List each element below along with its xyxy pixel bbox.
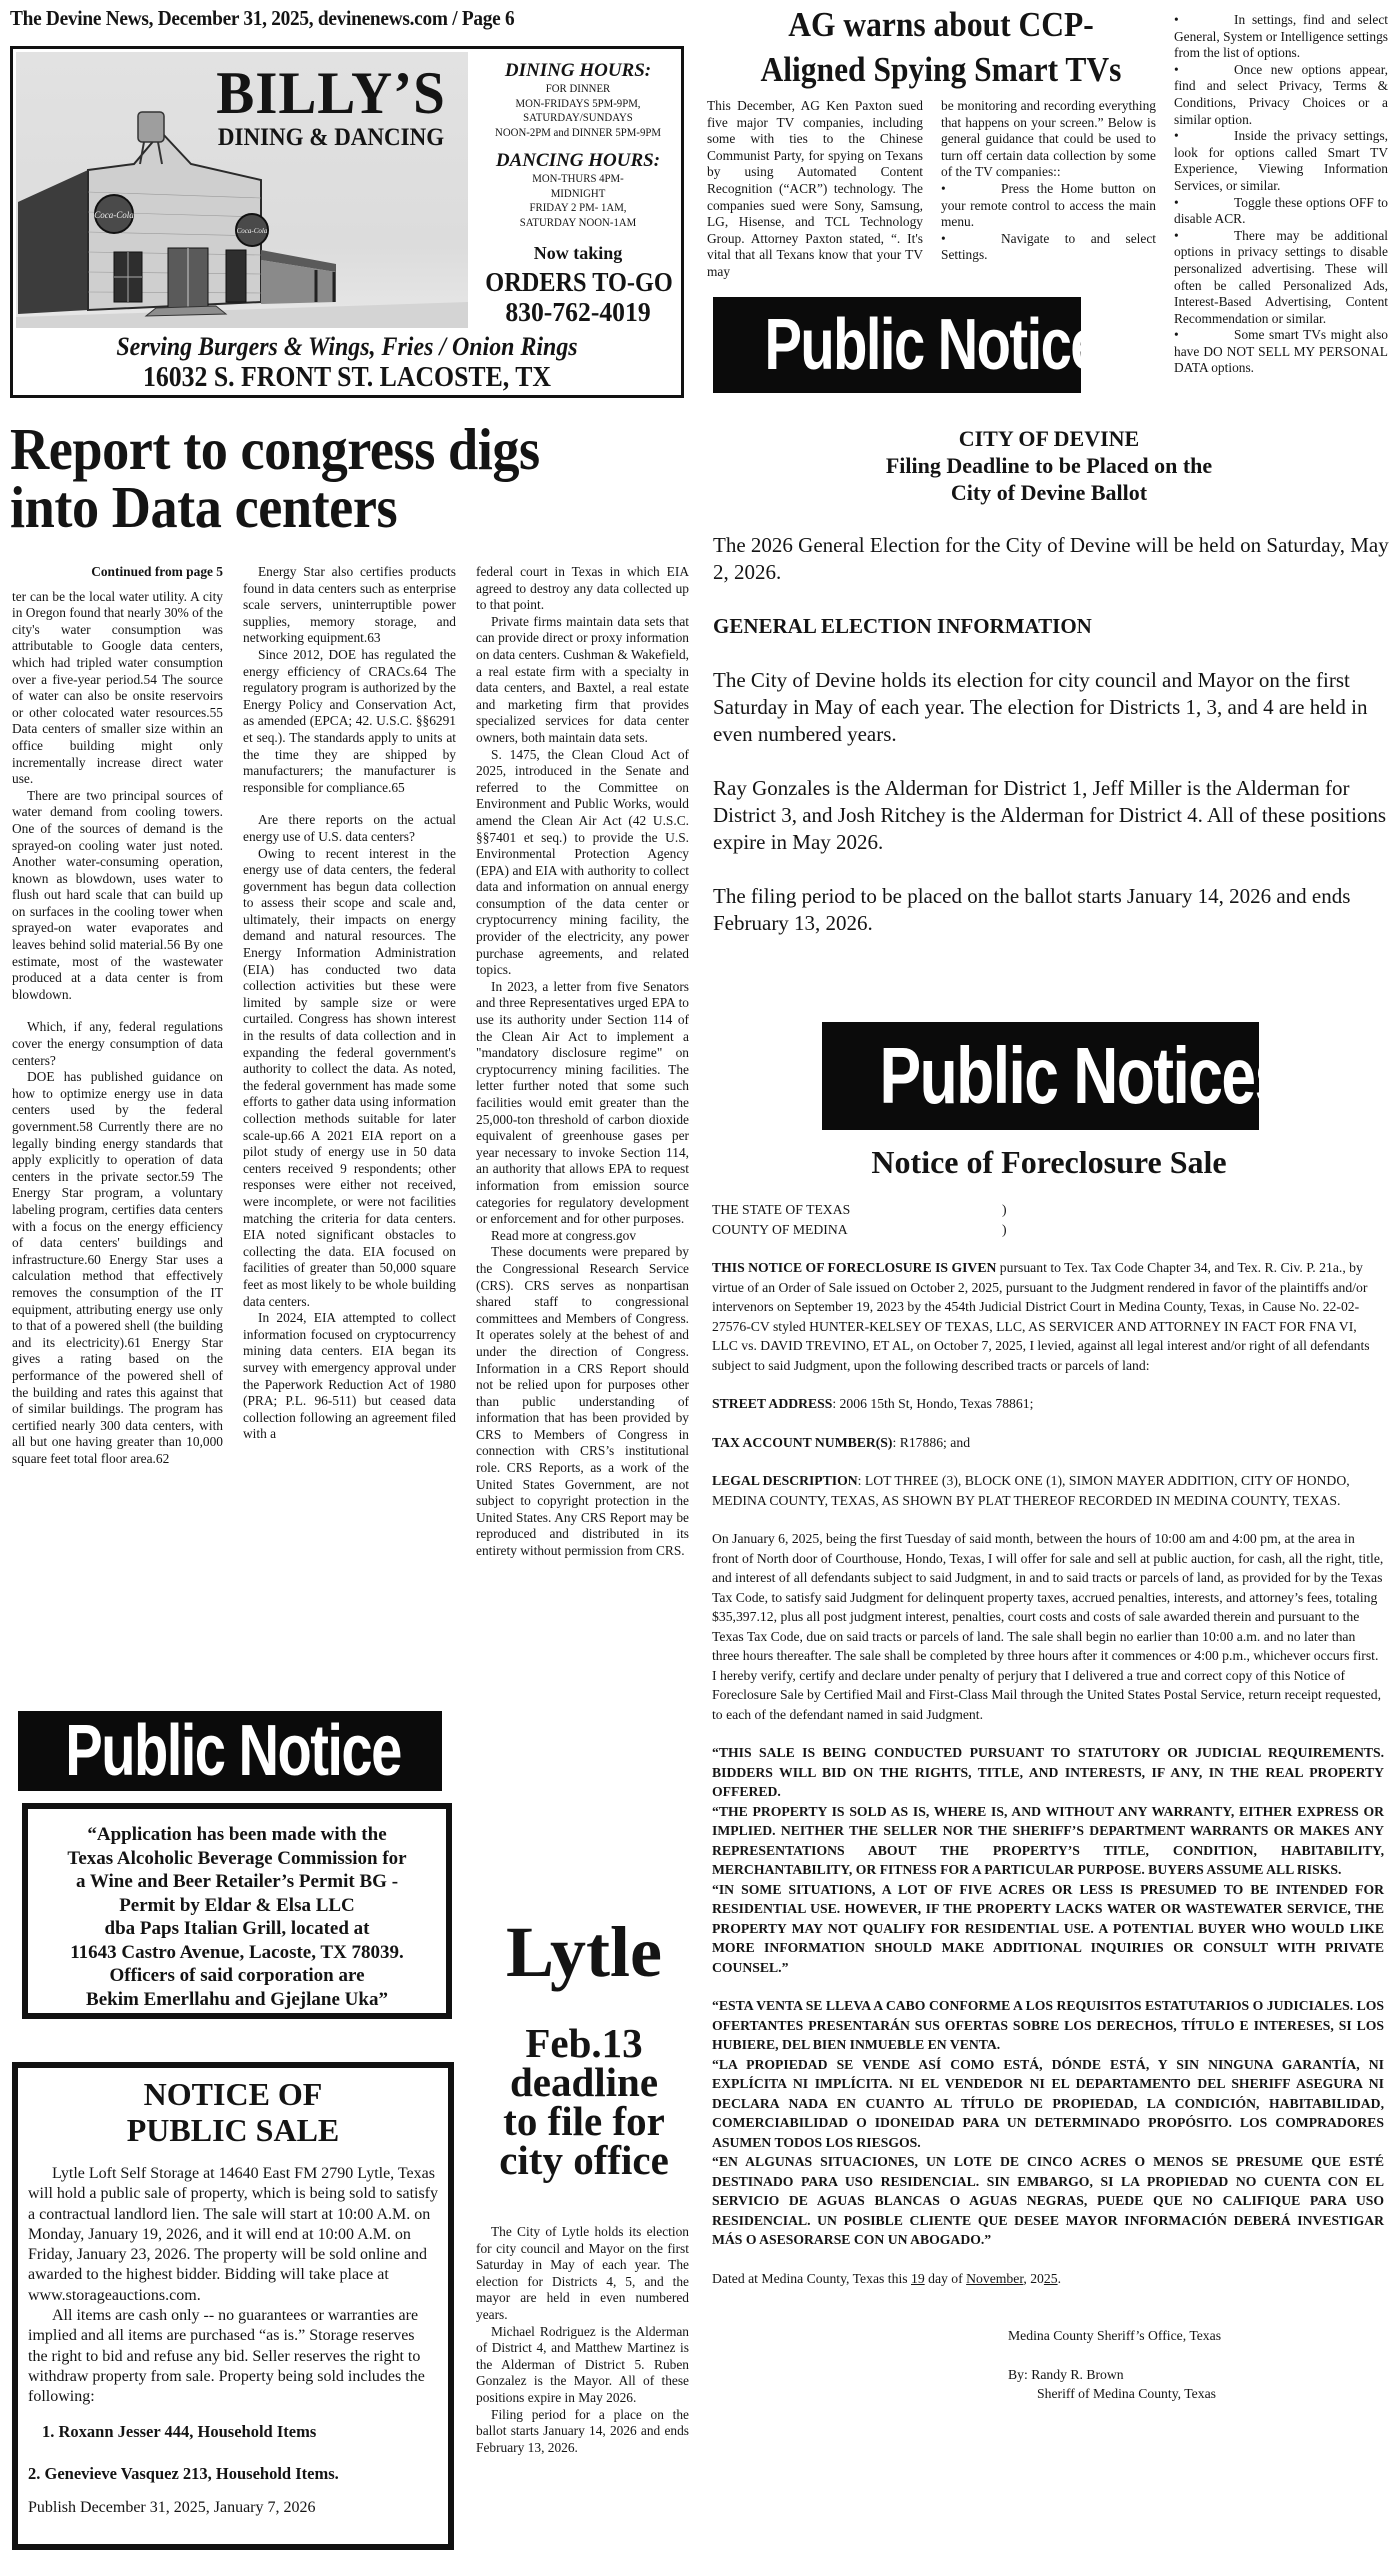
orders-to-go-label: ORDERS TO-GO xyxy=(485,267,670,297)
ag-step: •Inside the privacy settings, look for o… xyxy=(1174,128,1388,194)
state-caption: THE STATE OF TEXAS) xyxy=(712,1200,1384,1220)
ag-headline: AG warns about CCP-Aligned Spying Smart … xyxy=(739,2,1144,92)
dining-hours-line: FOR DINNER xyxy=(485,81,670,96)
data-centers-column-3: federal court in Texas in which EIA agre… xyxy=(476,564,689,1560)
foreclosure-notice: THE STATE OF TEXAS) COUNTY OF MEDINA) TH… xyxy=(712,1200,1384,2404)
ag-step: •Press the Home button on your remote co… xyxy=(941,181,1156,231)
dancing-hours-line: MIDNIGHT xyxy=(485,186,670,201)
data-centers-column-1: Continued from page 5 ter can be the loc… xyxy=(12,564,223,1467)
dated-line: Dated at Medina County, Texas this 19 da… xyxy=(712,2269,1384,2289)
public-notices-banner-top: Public Notices xyxy=(713,297,1081,393)
data-centers-headline: Report to congress digs into Data center… xyxy=(10,420,636,536)
publish-dates: Publish December 31, 2025, January 7, 20… xyxy=(28,2498,438,2518)
svg-text:Coca-Cola: Coca-Cola xyxy=(94,210,134,220)
foreclosure-intro: THIS NOTICE OF FORECLOSURE IS GIVEN purs… xyxy=(712,1258,1384,1375)
sheriff-office: Medina County Sheriff’s Office, Texas xyxy=(712,2326,1384,2346)
devine-notice-body: The 2026 General Election for the City o… xyxy=(713,532,1389,964)
data-centers-column-2: Energy Star also certifies products foun… xyxy=(243,564,456,1443)
lytle-title: Lytle xyxy=(478,1912,690,1992)
subheading-question: Are there reports on the actual energy u… xyxy=(243,812,456,845)
ag-step: •Toggle these options OFF to disable ACR… xyxy=(1174,195,1388,228)
ag-column-1: This December, AG Ken Paxton sued five m… xyxy=(707,98,923,281)
read-more-link[interactable]: Read more at congress.gov xyxy=(476,1228,689,1245)
dancing-hours-line: SATURDAY NOON-1AM xyxy=(485,215,670,230)
county-caption: COUNTY OF MEDINA) xyxy=(712,1220,1384,1240)
subheading-question: Which, if any, federal regulations cover… xyxy=(12,1019,223,1069)
now-taking-label: Now taking xyxy=(475,243,681,263)
menu-tagline: Serving Burgers & Wings, Fries / Onion R… xyxy=(40,332,655,362)
ag-step: •Navigate to and select Settings. xyxy=(941,231,1156,264)
sale-item: 1. Roxann Jesser 444, Household Items xyxy=(28,2422,438,2442)
billys-advertisement: Coca-Cola Coca-Cola BILLY’S DINING & DAN… xyxy=(10,46,684,398)
street-address: STREET ADDRESS: 2006 15th St, Hondo, Tex… xyxy=(712,1394,1384,1414)
legal-description: LEGAL DESCRIPTION: LOT THREE (3), BLOCK … xyxy=(712,1471,1384,1510)
ag-step: •There may be additional options in priv… xyxy=(1174,228,1388,328)
dining-hours-line: MON-FRIDAYS 5PM-9PM, xyxy=(485,96,670,111)
ag-step: •Once new options appear, find and selec… xyxy=(1174,62,1388,128)
dancing-hours-line: FRIDAY 2 PM- 1AM, xyxy=(485,200,670,215)
public-sale-notice: NOTICE OF PUBLIC SALE Lytle Loft Self St… xyxy=(12,2062,454,2550)
page-folio: The Devine News, December 31, 2025, devi… xyxy=(10,6,514,31)
dining-hours-line: SATURDAY/SUNDAYS xyxy=(485,110,670,125)
public-notice-banner-left: Public Notice xyxy=(18,1711,442,1791)
phone-number: 830-762-4019 xyxy=(480,297,676,327)
ag-step: •In settings, find and select General, S… xyxy=(1174,12,1388,62)
ag-intro: be monitoring and recording everything t… xyxy=(941,98,1156,181)
foreclosure-title: Notice of Foreclosure Sale xyxy=(712,1143,1386,1181)
restaurant-brand: BILLY’S DINING & DANCING xyxy=(201,62,461,152)
tabc-permit-notice: “Application has been made with the Texa… xyxy=(22,1803,452,2019)
continued-from-label: Continued from page 5 xyxy=(12,564,223,581)
hours-panel: DINING HOURS: FOR DINNER MON-FRIDAYS 5PM… xyxy=(475,61,681,327)
svg-text:Coca-Cola: Coca-Cola xyxy=(237,227,268,235)
restaurant-subtitle: DINING & DANCING xyxy=(211,124,450,152)
tax-account: TAX ACCOUNT NUMBER(S): R17886; and xyxy=(712,1433,1384,1453)
ag-step: •Some smart TVs might also have DO NOT S… xyxy=(1174,327,1388,377)
dancing-hours-line: MON-THURS 4PM- xyxy=(485,171,670,186)
restaurant-building-illustration: Coca-Cola Coca-Cola BILLY’S DINING & DAN… xyxy=(16,52,468,328)
sale-details: On January 6, 2025, being the first Tues… xyxy=(712,1529,1384,1724)
restaurant-name: BILLY’S xyxy=(208,62,455,124)
sale-item: 2. Genevieve Vasquez 213, Household Item… xyxy=(28,2464,438,2484)
sheriff-title: Sheriff of Medina County, Texas xyxy=(712,2384,1384,2404)
ag-column-2: be monitoring and recording everything t… xyxy=(941,98,1156,264)
signed-by: By: Randy R. Brown xyxy=(712,2365,1384,2385)
public-sale-title: NOTICE OF PUBLIC SALE xyxy=(28,2076,438,2148)
dancing-hours-title: DANCING HOURS: xyxy=(475,151,681,171)
ag-column-3: •In settings, find and select General, S… xyxy=(1174,12,1388,377)
dining-hours-title: DINING HOURS: xyxy=(475,61,681,81)
lytle-body: The City of Lytle holds its election for… xyxy=(476,2224,689,2456)
section-title: GENERAL ELECTION INFORMATION xyxy=(713,613,1389,640)
dining-hours-line: NOON-2PM and DINNER 5PM-9PM xyxy=(485,125,670,140)
lytle-subtitle: Feb.13 deadline to file for city office xyxy=(478,2024,690,2180)
devine-notice-header: CITY OF DEVINE Filing Deadline to be Pla… xyxy=(712,425,1386,506)
public-notices-banner-right: Public Notices xyxy=(822,1022,1259,1130)
restaurant-address: 16032 S. FRONT ST. LACOSTE, TX xyxy=(40,362,655,394)
